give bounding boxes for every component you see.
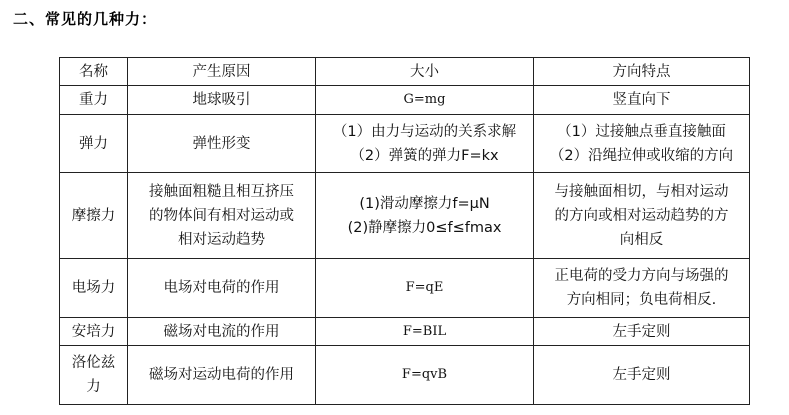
table-row: 重力 地球吸引 G=mg 竖直向下 — [60, 86, 750, 115]
cell-line: 相对运动趋势 — [132, 228, 311, 252]
header-magnitude: 大小 — [316, 58, 534, 86]
cell-line: 磁场对电流的作用 — [132, 320, 311, 344]
cell-line: 方向相同；负电荷相反. — [538, 288, 745, 312]
cell-line: 安培力 — [64, 320, 123, 344]
cell-line: 磁场对运动电荷的作用 — [132, 363, 311, 387]
cell-magnitude: F=qvB — [316, 346, 534, 405]
cell-line: 左手定则 — [538, 320, 745, 344]
cell-name: 洛伦兹 力 — [60, 346, 128, 405]
cell-line: 向相反 — [538, 228, 745, 252]
cell-line: 弹性形变 — [132, 132, 311, 156]
cell-line: (2)静摩擦力0≤f≤fmax — [320, 216, 529, 240]
cell-line: （1）由力与运动的关系求解 — [320, 120, 529, 144]
header-direction: 方向特点 — [534, 58, 750, 86]
cell-line: (1)滑动摩擦力f=μN — [320, 192, 529, 216]
cell-line: （2）弹簧的弹力F=kx — [320, 144, 529, 168]
cell-cause: 地球吸引 — [128, 86, 316, 115]
cell-line: （2）沿绳拉伸或收缩的方向 — [538, 144, 745, 168]
section-heading: 二、常见的几种力： — [13, 8, 157, 29]
cell-direction: 正电荷的受力方向与场强的 方向相同；负电荷相反. — [534, 259, 750, 318]
cell-line: 正电荷的受力方向与场强的 — [538, 264, 745, 288]
cell-direction: （1）过接触点垂直接触面 （2）沿绳拉伸或收缩的方向 — [534, 115, 750, 173]
table-row: 电场力 电场对电荷的作用 F=qE 正电荷的受力方向与场强的 方向相同；负电荷相… — [60, 259, 750, 318]
cell-magnitude: F=qE — [316, 259, 534, 318]
cell-direction: 竖直向下 — [534, 86, 750, 115]
cell-line: 重力 — [64, 88, 123, 112]
cell-cause: 电场对电荷的作用 — [128, 259, 316, 318]
cell-name: 重力 — [60, 86, 128, 115]
table-row: 洛伦兹 力 磁场对运动电荷的作用 F=qvB 左手定则 — [60, 346, 750, 405]
cell-name: 弹力 — [60, 115, 128, 173]
table-row: 摩擦力 接触面粗糙且相互挤压 的物体间有相对运动或 相对运动趋势 (1)滑动摩擦… — [60, 173, 750, 259]
cell-line: F=qvB — [320, 363, 529, 387]
cell-name: 电场力 — [60, 259, 128, 318]
cell-line: 弹力 — [64, 132, 123, 156]
cell-line: 地球吸引 — [132, 88, 311, 112]
cell-cause: 磁场对运动电荷的作用 — [128, 346, 316, 405]
cell-line: 摩擦力 — [64, 204, 123, 228]
cell-cause: 接触面粗糙且相互挤压 的物体间有相对运动或 相对运动趋势 — [128, 173, 316, 259]
cell-line: 洛伦兹 — [64, 351, 123, 375]
cell-line: F=qE — [320, 276, 529, 300]
forces-table: 名称 产生原因 大小 方向特点 重力 地球吸引 G=mg 竖直向下 弹力 弹性形… — [59, 57, 750, 405]
cell-magnitude: (1)滑动摩擦力f=μN (2)静摩擦力0≤f≤fmax — [316, 173, 534, 259]
cell-line: （1）过接触点垂直接触面 — [538, 120, 745, 144]
cell-direction: 与接触面相切，与相对运动 的方向或相对运动趋势的方 向相反 — [534, 173, 750, 259]
cell-magnitude: F=BIL — [316, 318, 534, 346]
cell-line: 竖直向下 — [538, 88, 745, 112]
cell-line: 接触面粗糙且相互挤压 — [132, 180, 311, 204]
cell-line: 力 — [64, 375, 123, 399]
cell-magnitude: （1）由力与运动的关系求解 （2）弹簧的弹力F=kx — [316, 115, 534, 173]
cell-direction: 左手定则 — [534, 346, 750, 405]
cell-cause: 磁场对电流的作用 — [128, 318, 316, 346]
cell-line: 电场对电荷的作用 — [132, 276, 311, 300]
cell-line: F=BIL — [320, 320, 529, 344]
cell-name: 安培力 — [60, 318, 128, 346]
cell-line: 的物体间有相对运动或 — [132, 204, 311, 228]
header-name: 名称 — [60, 58, 128, 86]
cell-line: 与接触面相切，与相对运动 — [538, 180, 745, 204]
table-header-row: 名称 产生原因 大小 方向特点 — [60, 58, 750, 86]
table-row: 安培力 磁场对电流的作用 F=BIL 左手定则 — [60, 318, 750, 346]
cell-name: 摩擦力 — [60, 173, 128, 259]
header-cause: 产生原因 — [128, 58, 316, 86]
cell-cause: 弹性形变 — [128, 115, 316, 173]
cell-magnitude: G=mg — [316, 86, 534, 115]
cell-line: 的方向或相对运动趋势的方 — [538, 204, 745, 228]
cell-line: G=mg — [320, 88, 529, 112]
cell-direction: 左手定则 — [534, 318, 750, 346]
table-row: 弹力 弹性形变 （1）由力与运动的关系求解 （2）弹簧的弹力F=kx （1）过接… — [60, 115, 750, 173]
cell-line: 电场力 — [64, 276, 123, 300]
cell-line: 左手定则 — [538, 363, 745, 387]
